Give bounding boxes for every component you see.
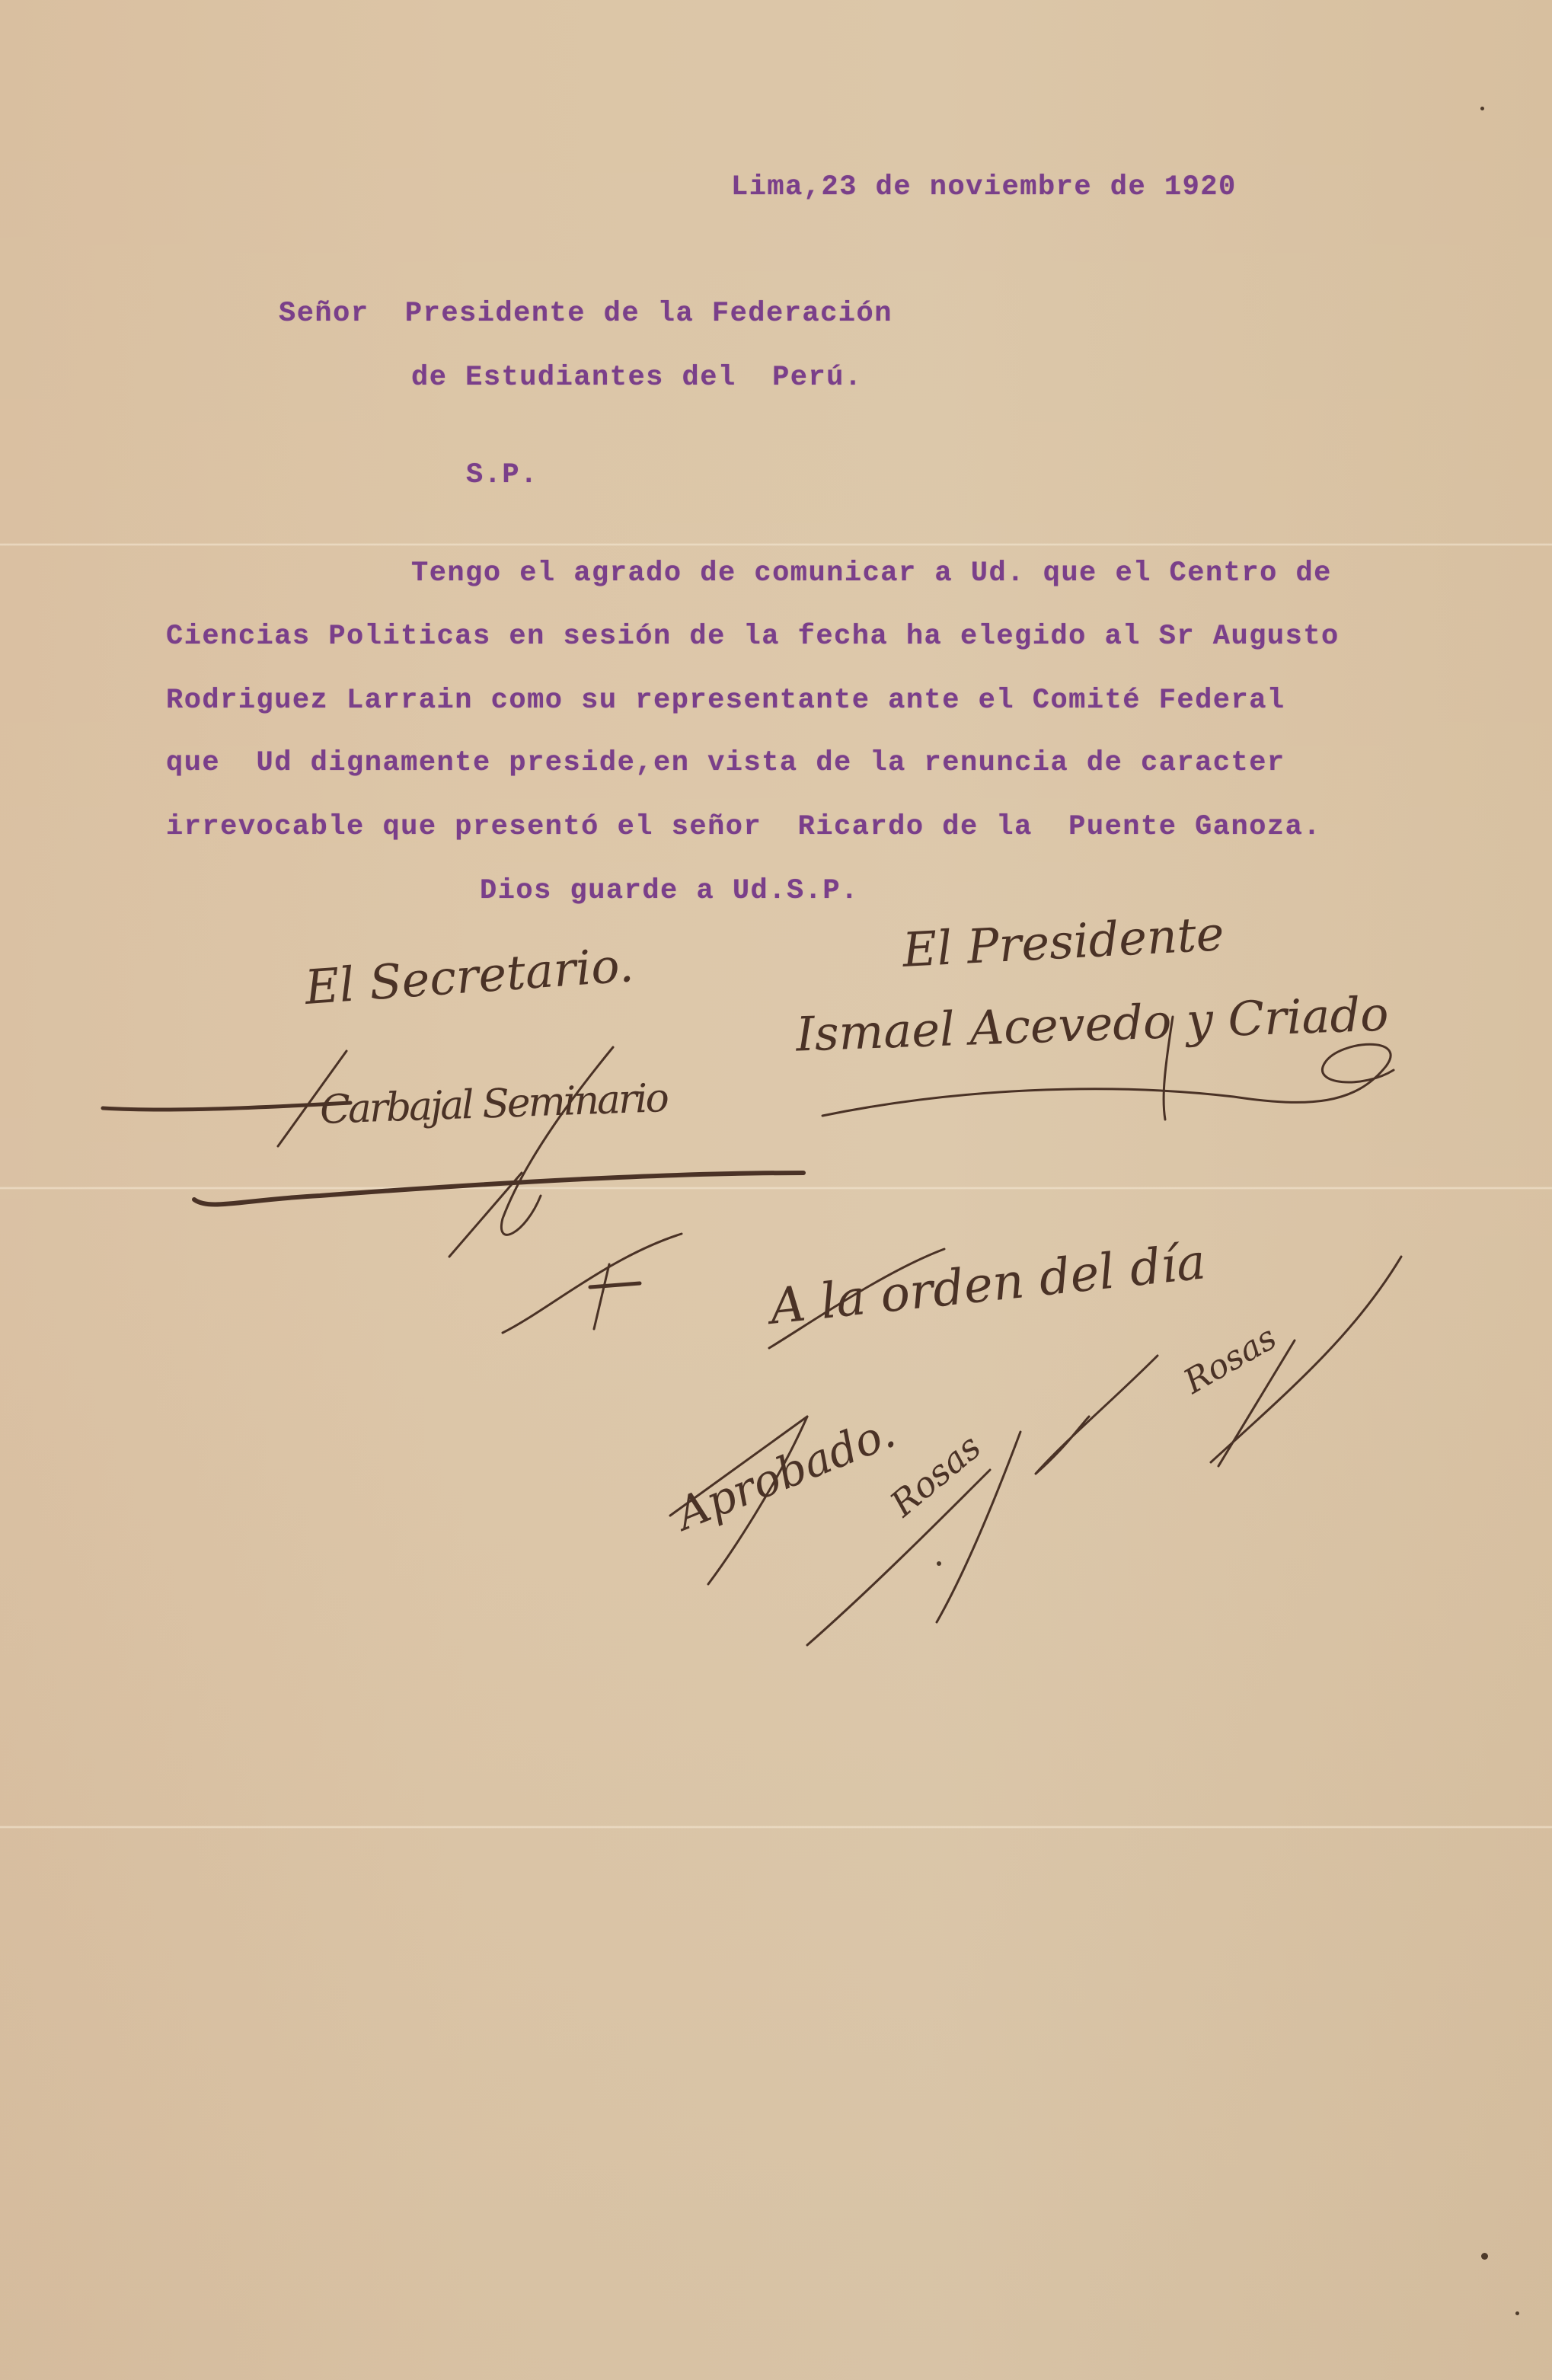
paper-speck [1480,107,1484,110]
letter-page: Lima,23 de noviembre de 1920 Señor Presi… [0,0,1552,2380]
paper-speck [1515,2311,1519,2315]
handwriting-strokes [0,0,1552,2380]
paper-speck [937,1561,941,1566]
paper-speck [1481,2253,1488,2260]
